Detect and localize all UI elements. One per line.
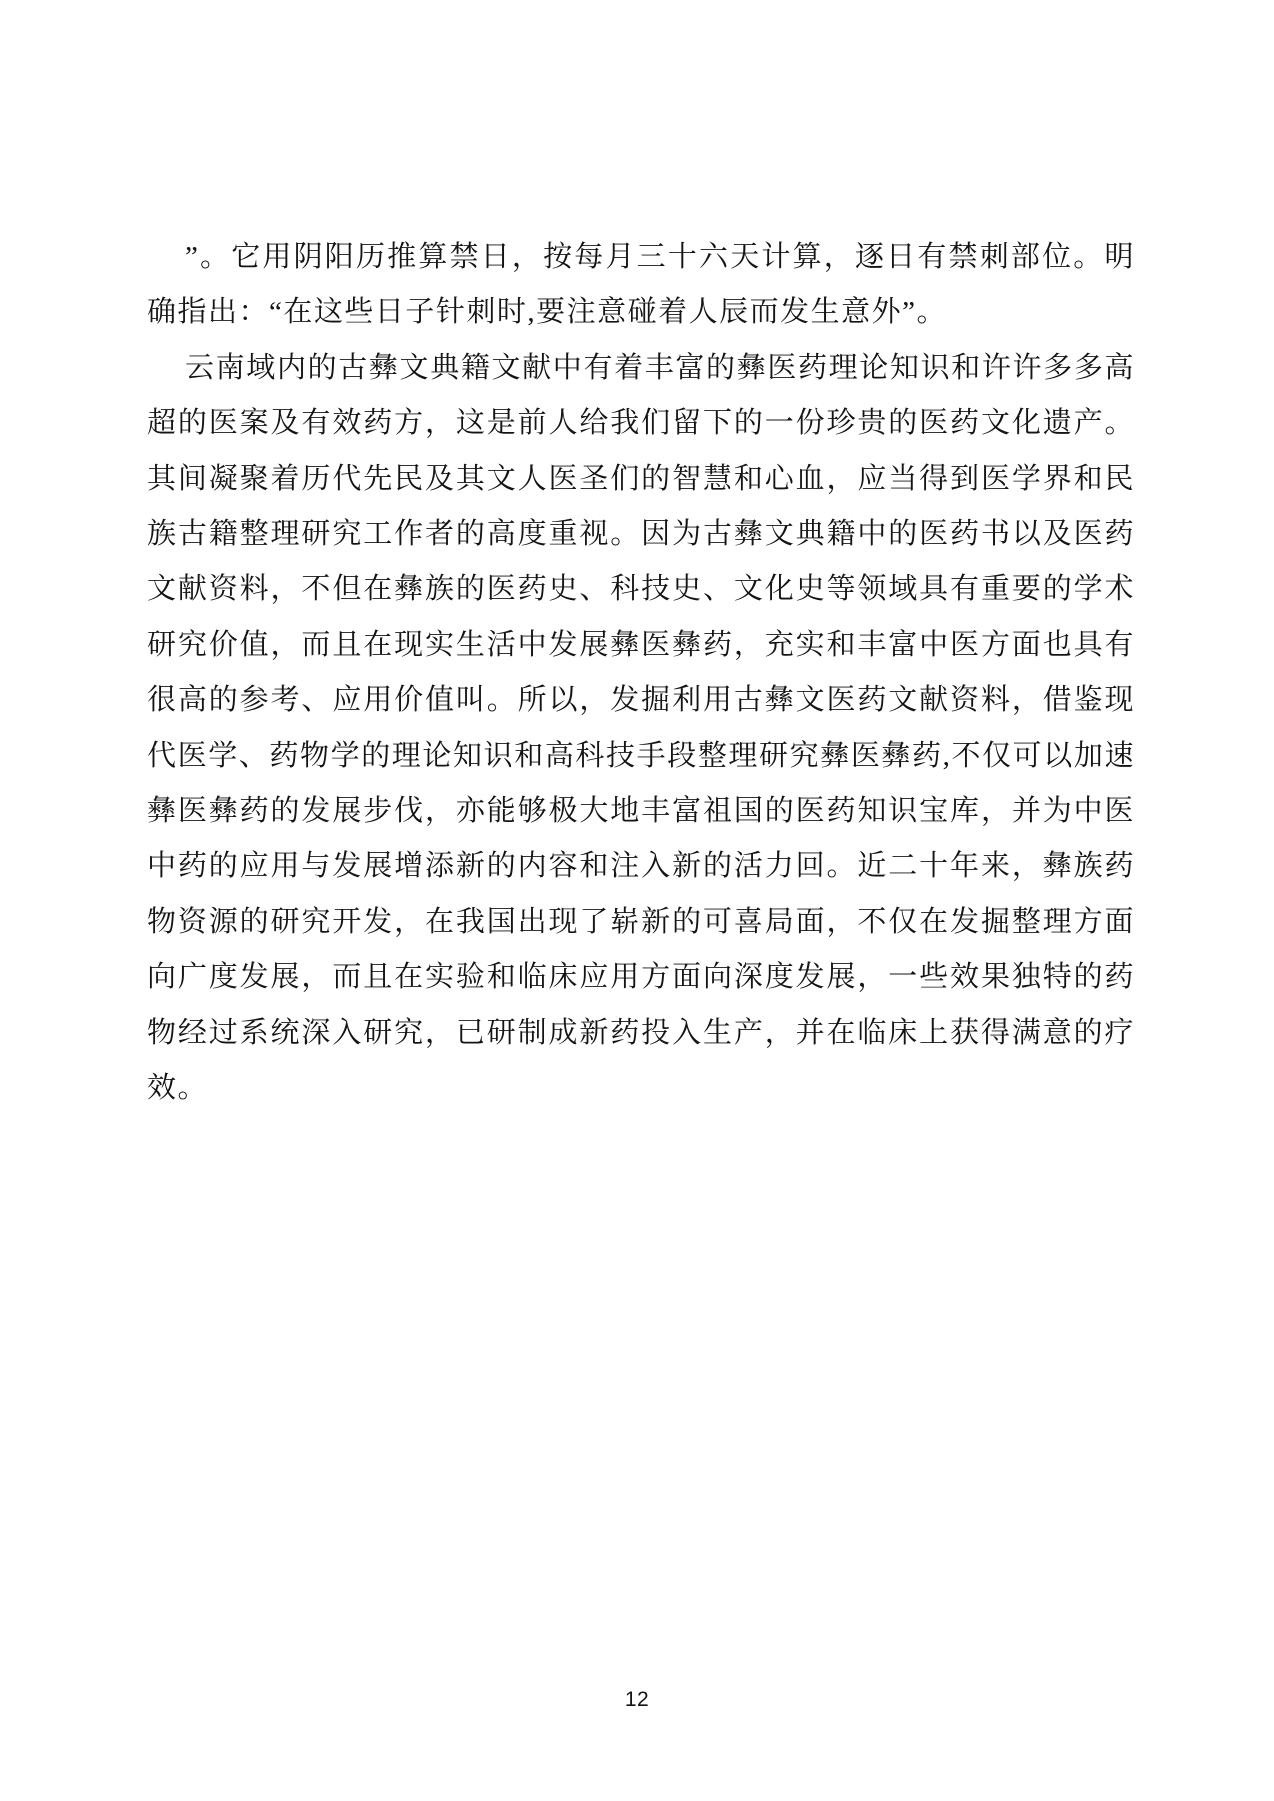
- page-number: 12: [625, 1688, 649, 1711]
- paragraph-main: 云南域内的古彝文典籍文献中有着丰富的彝医药理论知识和许许多多高超的医案及有效药方…: [147, 341, 1135, 1117]
- body-text: ”。它用阴阳历推算禁日，按每月三十六天计算，逐日有禁刺部位。明确指出：“在这些日…: [147, 230, 1135, 1117]
- document-page: ”。它用阴阳历推算禁日，按每月三十六天计算，逐日有禁刺部位。明确指出：“在这些日…: [0, 0, 1274, 1801]
- page-footer: 12: [0, 1688, 1274, 1712]
- paragraph-continuation-quote: ”。它用阴阳历推算禁日，按每月三十六天计算，逐日有禁刺部位。明确指出：“在这些日…: [147, 230, 1135, 341]
